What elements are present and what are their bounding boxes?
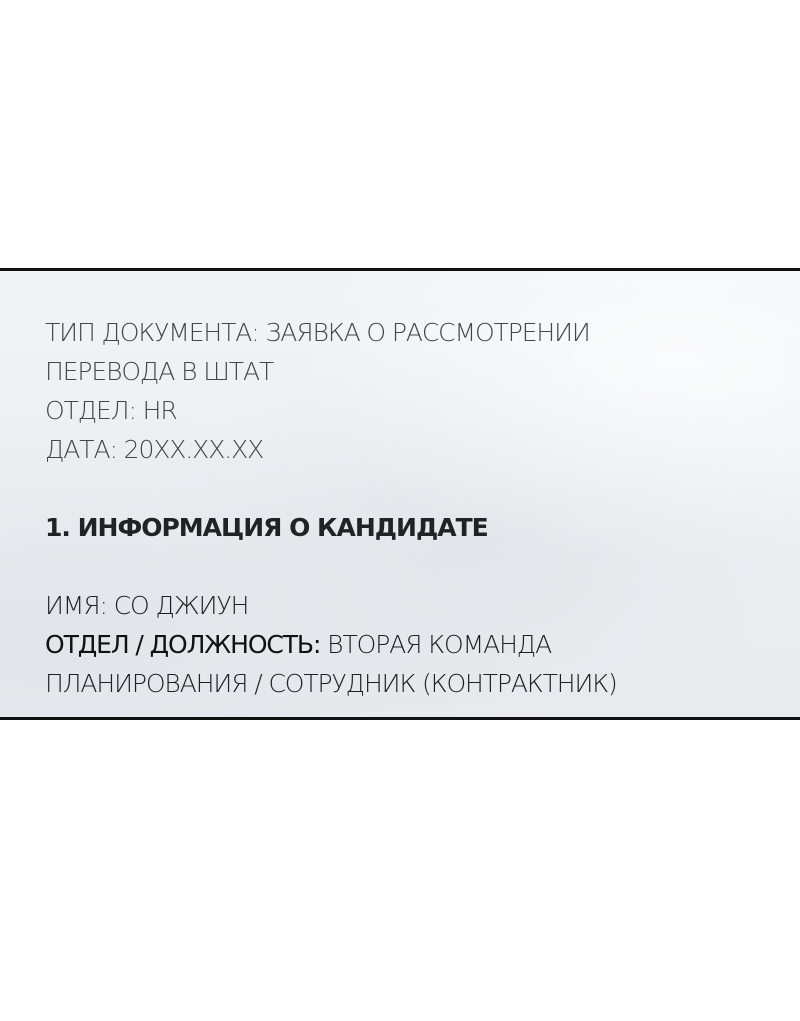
doc-type-value-cont: ПЕРЕВОДА В ШТАТ — [45, 357, 273, 386]
document-text: ТИП ДОКУМЕНТА: ЗАЯВКА О РАССМОТРЕНИИ ПЕР… — [45, 313, 617, 703]
department-value: HR — [143, 396, 177, 425]
date-value: 20XX.XX.XX — [124, 435, 263, 464]
position-label: ОТДЕЛ / ДОЛЖНОСТЬ: — [45, 630, 320, 659]
doc-type-line-cont: ПЕРЕВОДА В ШТАТ — [45, 352, 617, 391]
position-line: ОТДЕЛ / ДОЛЖНОСТЬ: ВТОРАЯ КОМАНДА — [45, 625, 617, 664]
position-value: ВТОРАЯ КОМАНДА — [327, 630, 551, 659]
doc-type-line: ТИП ДОКУМЕНТА: ЗАЯВКА О РАССМОТРЕНИИ — [45, 313, 617, 352]
document-panel: ТИП ДОКУМЕНТА: ЗАЯВКА О РАССМОТРЕНИИ ПЕР… — [0, 268, 800, 720]
date-label: ДАТА: — [45, 435, 117, 464]
spacer — [45, 469, 617, 508]
department-line: ОТДЕЛ: HR — [45, 391, 617, 430]
spacer — [45, 547, 617, 586]
name-value: СО ДЖИУН — [114, 591, 249, 620]
position-value-cont: ПЛАНИРОВАНИЯ / СОТРУДНИК (КОНТРАКТНИК) — [45, 669, 617, 698]
department-label: ОТДЕЛ: — [45, 396, 136, 425]
name-label: ИМЯ: — [45, 591, 107, 620]
name-line: ИМЯ: СО ДЖИУН — [45, 586, 617, 625]
section-title: 1. ИНФОРМАЦИЯ О КАНДИДАТЕ — [45, 508, 617, 547]
comic-page: ТИП ДОКУМЕНТА: ЗАЯВКА О РАССМОТРЕНИИ ПЕР… — [0, 0, 800, 1021]
position-line-cont: ПЛАНИРОВАНИЯ / СОТРУДНИК (КОНТРАКТНИК) — [45, 664, 617, 703]
date-line: ДАТА: 20XX.XX.XX — [45, 430, 617, 469]
doc-type-label: ТИП ДОКУМЕНТА: — [45, 318, 259, 347]
doc-type-value: ЗАЯВКА О РАССМОТРЕНИИ — [265, 318, 589, 347]
